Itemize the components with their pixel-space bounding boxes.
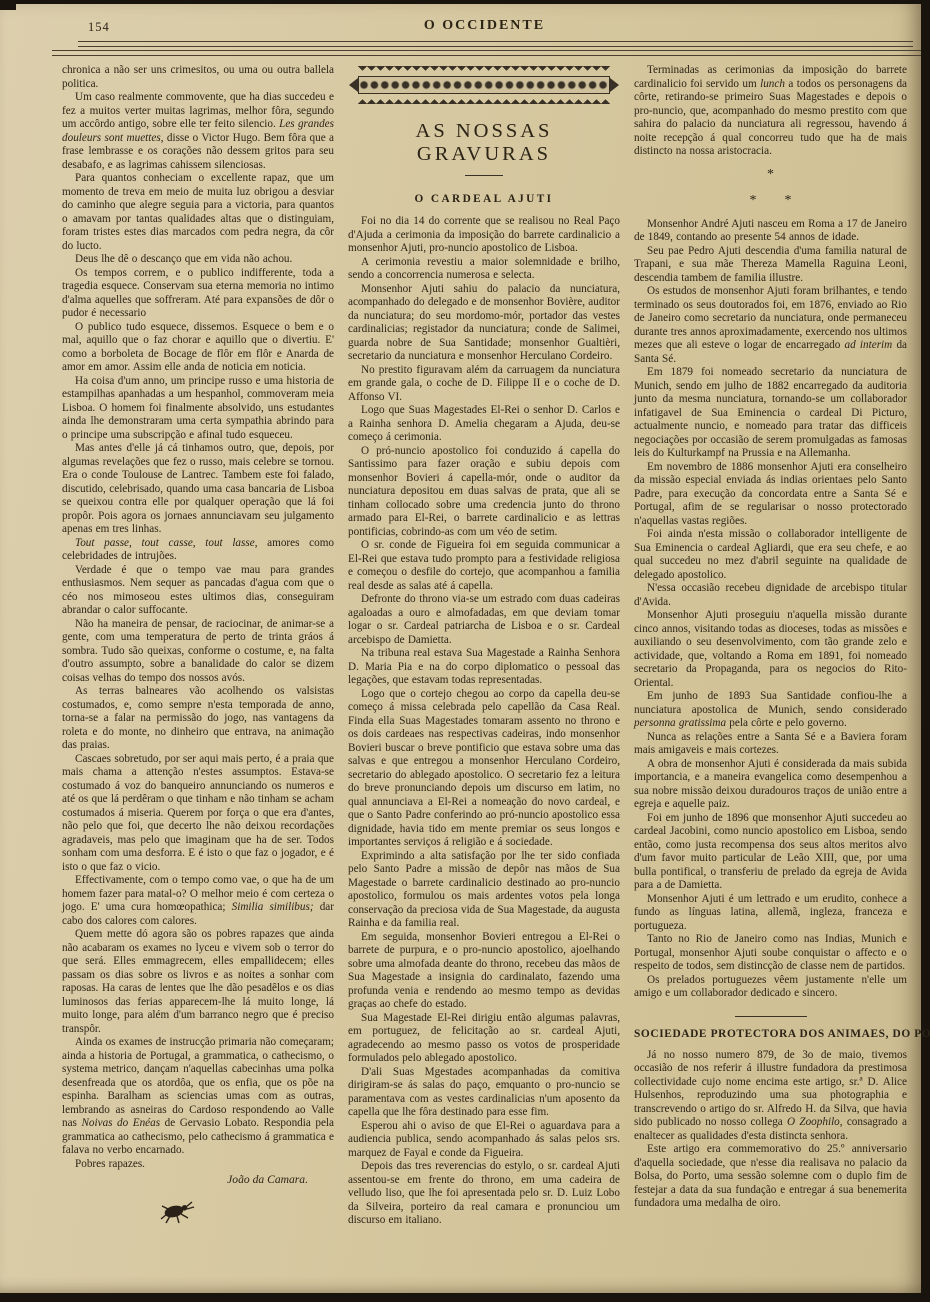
paragraph: chronica a não ser uns crimesitos, ou um… bbox=[62, 64, 334, 91]
paragraph: Para quantos conheciam o excellente rapa… bbox=[62, 172, 334, 253]
paragraph: Foi ainda n'esta missão o collaborador i… bbox=[634, 528, 907, 582]
columns: chronica a não ser uns crimesitos, ou um… bbox=[62, 64, 907, 1230]
paragraph: Os estudos de monsenhor Ajuti foram bril… bbox=[634, 285, 907, 366]
paragraph: Quem mette dó agora são os pobres rapaze… bbox=[62, 928, 334, 1036]
section-separator-rule bbox=[735, 1016, 807, 1017]
paragraph: Logo que Suas Magestades El-Rei o senhor… bbox=[348, 404, 620, 445]
biography-text: Monsenhor André Ajuti nasceu em Roma a 1… bbox=[634, 218, 907, 1001]
journal-title: O OCCIDENTE bbox=[62, 18, 907, 34]
paragraph: Um caso realmente commovente, que ha dia… bbox=[62, 91, 334, 172]
section-title: AS NOSSAS GRAVURAS bbox=[348, 120, 620, 166]
paragraph: Monsenhor Ajuti proseguiu n'aquella miss… bbox=[634, 609, 907, 690]
paragraph: Mas antes d'elle já cá tinhamos outro, q… bbox=[62, 442, 334, 537]
paragraph: Exprimindo a alta satisfação por lhe ter… bbox=[348, 850, 620, 931]
masthead: 154 O OCCIDENTE bbox=[62, 12, 907, 38]
paragraph: Ha coisa d'um anno, um principe russo e … bbox=[62, 375, 334, 443]
band-beads bbox=[358, 76, 610, 94]
header-rule-lower bbox=[52, 50, 921, 56]
paragraph: Em seguida, monsenhor Bovieri entregou a… bbox=[348, 931, 620, 1012]
paragraph: Em junho de 1893 Sua Santidade confiou-l… bbox=[634, 690, 907, 731]
scanned-page: 154 O OCCIDENTE chronica a não ser uns c… bbox=[0, 0, 930, 1302]
paragraph: Seu pae Pedro Ajuti descendia d'uma fami… bbox=[634, 245, 907, 286]
paragraph: A cerimonia revestiu a maior solemnidade… bbox=[348, 256, 620, 283]
paragraph: Os tempos correm, e o publico indifferen… bbox=[62, 267, 334, 321]
society-text: Já no nosso numero 879, de 3o de maio, t… bbox=[634, 1049, 907, 1211]
paragraph: Nunca as relações entre a Santa Sé e a B… bbox=[634, 731, 907, 758]
paragraph: Monsenhor Ajuti é um lettrado e um erudi… bbox=[634, 893, 907, 934]
paragraph: N'essa occasião recebeu dignidade de arc… bbox=[634, 582, 907, 609]
paragraph: Em novembro de 1886 monsenhor Ajuti era … bbox=[634, 461, 907, 529]
paragraph: Foi em junho de 1896 que monsenhor Ajuti… bbox=[634, 812, 907, 893]
article-continuation-text: Terminadas as cerimonias da imposição do… bbox=[634, 64, 907, 159]
paragraph: Tanto no Rio de Janeiro como nas Indias,… bbox=[634, 933, 907, 974]
paragraph: Defronte do throno via-se um estrado com… bbox=[348, 593, 620, 647]
paragraph: O pró-nuncio apostolico foi conduzido á … bbox=[348, 445, 620, 540]
band-zigzag-top bbox=[358, 66, 610, 75]
band-arrow-left-icon bbox=[349, 78, 358, 92]
paragraph: D'ali Suas Mgestades acompanhadas da com… bbox=[348, 1066, 620, 1120]
paragraph: Não ha maneira de pensar, de raciocinar,… bbox=[62, 618, 334, 686]
column-right: Terminadas as cerimonias da imposição do… bbox=[634, 64, 907, 1230]
header-rule-upper bbox=[78, 41, 913, 47]
paragraph: Esperou ahi o aviso de que El-Rei o agua… bbox=[348, 1120, 620, 1161]
paragraph: O publico tudo esquece, dissemos. Esquec… bbox=[62, 321, 334, 375]
paragraph: Este artigo era commemorativo do 25.º an… bbox=[634, 1143, 907, 1211]
section-title-rule bbox=[465, 175, 503, 176]
paragraph: As terras balneares vão acolhendo os val… bbox=[62, 685, 334, 753]
paragraph: Terminadas as cerimonias da imposição do… bbox=[634, 64, 907, 159]
paragraph: Cascaes sobretudo, por ser aqui mais per… bbox=[62, 753, 334, 875]
paragraph: Logo que o cortejo chegou ao corpo da ca… bbox=[348, 688, 620, 850]
paragraph: Foi no dia 14 do corrente que se realiso… bbox=[348, 215, 620, 256]
band-arrow-right-icon bbox=[610, 78, 619, 92]
column-left: chronica a não ser uns crimesitos, ou um… bbox=[62, 64, 334, 1230]
band-zigzag-bottom bbox=[358, 95, 610, 104]
paragraph: No prestito figuravam além da carruagem … bbox=[348, 364, 620, 405]
decorative-band bbox=[352, 66, 616, 104]
paragraph: Em 1879 foi nomeado secretario da nuncia… bbox=[634, 366, 907, 461]
paragraph: Sua Magestade El-Rei dirigiu então algum… bbox=[348, 1012, 620, 1066]
paragraph: Já no nosso numero 879, de 3o de maio, t… bbox=[634, 1049, 907, 1144]
paragraph: Tout passe, tout casse, tout lasse, amor… bbox=[62, 537, 334, 564]
article-title: O CARDEAL AJUTI bbox=[348, 193, 620, 205]
asterisk-top: * bbox=[634, 168, 907, 182]
paragraph: Monsenhor André Ajuti nasceu em Roma a 1… bbox=[634, 218, 907, 245]
column-middle: AS NOSSAS GRAVURAS O CARDEAL AJUTI Foi n… bbox=[348, 64, 620, 1230]
asterisk-pair: * * bbox=[634, 194, 907, 208]
chronicle-text: chronica a não ser uns crimesitos, ou um… bbox=[62, 64, 334, 1171]
paragraph: O sr. conde de Figueira foi em seguida c… bbox=[348, 539, 620, 593]
paragraph: Pobres rapazes. bbox=[62, 1158, 334, 1172]
paragraph: Monsenhor Ajuti sahiu do palacio da nunc… bbox=[348, 283, 620, 364]
paper: 154 O OCCIDENTE chronica a não ser uns c… bbox=[0, 4, 921, 1293]
beetle-ornament-icon bbox=[158, 1199, 334, 1230]
author-signature: João da Camara. bbox=[62, 1173, 308, 1186]
paragraph: Deus lhe dê o descanço que em vida não a… bbox=[62, 253, 334, 267]
paragraph: Verdade é que o tempo vae mau para grand… bbox=[62, 564, 334, 618]
paragraph: Os prelados portuguezes vêem justamente … bbox=[634, 974, 907, 1001]
paragraph: Na tribuna real estava Sua Magestade a R… bbox=[348, 647, 620, 688]
society-section-title: SOCIEDADE PROTECTORA DOS ANIMAES, DO POR… bbox=[634, 1028, 907, 1040]
article-text: Foi no dia 14 do corrente que se realiso… bbox=[348, 215, 620, 1228]
asterism-separator: * * * bbox=[634, 168, 907, 208]
paragraph: Effectivamente, com o tempo como vae, o … bbox=[62, 874, 334, 928]
paragraph: A obra de monsenhor Ajuti é considerada … bbox=[634, 758, 907, 812]
paragraph: Depois das tres reverencias do estylo, o… bbox=[348, 1160, 620, 1228]
scan-corner-blot bbox=[0, 0, 16, 10]
paragraph: Ainda os exames de instrucção primaria n… bbox=[62, 1036, 334, 1158]
